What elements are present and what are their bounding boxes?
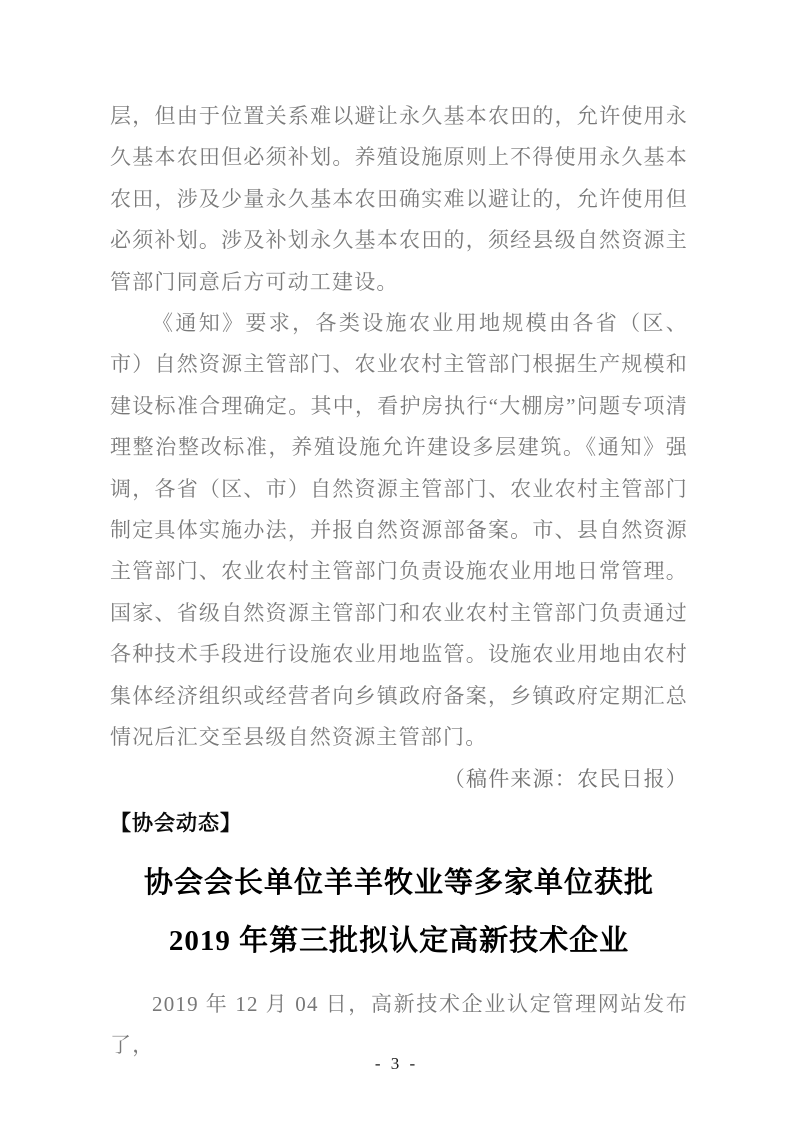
document-page: 层，但由于位置关系难以避让永久基本农田的，允许使用永久基本农田但必须补划。养殖设… [0,0,793,1122]
page-content: 层，但由于位置关系难以避让永久基本农田的，允许使用永久基本农田但必须补划。养殖设… [110,96,688,1067]
body-paragraph-continuation: 层，但由于位置关系难以避让永久基本农田的，允许使用永久基本农田但必须补划。养殖设… [110,96,688,303]
source-attribution: （稿件来源：农民日报） [110,759,688,800]
article-title-line-1: 协会会长单位羊羊牧业等多家单位获批 [110,865,688,901]
page-number: - 3 - [0,1054,793,1074]
section-header-association-news: 【协会动态】 [110,809,688,839]
article-title-line-2: 2019 年第三批拟认定高新技术企业 [110,923,688,959]
body-paragraph-notice-requirements: 《通知》要求，各类设施农业用地规模由各省（区、市）自然资源主管部门、农业农村主管… [110,303,688,758]
